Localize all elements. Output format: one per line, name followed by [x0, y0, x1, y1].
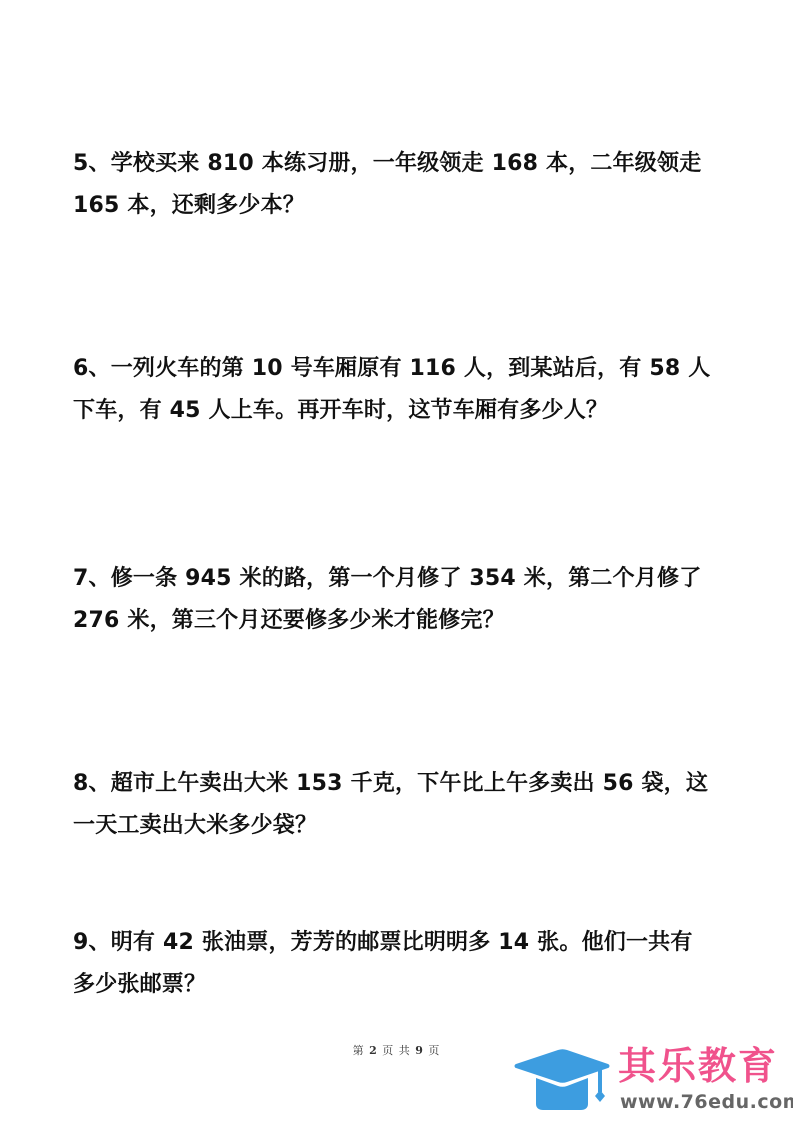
footer-suffix: 页 — [428, 1044, 440, 1057]
question-8-line-2: 一天工卖出大米多少袋？ — [73, 805, 723, 847]
brand-logo: 其乐教育 www.76edu.com — [510, 1040, 793, 1118]
document-page: 5、学校买来 810 本练习册，一年级领走 168 本，二年级领走 165 本，… — [0, 0, 793, 1122]
question-5-line-1: 5、学校买来 810 本练习册，一年级领走 168 本，二年级领走 — [73, 143, 723, 185]
footer-total-pages: 9 — [415, 1044, 424, 1057]
question-6: 6、一列火车的第 10 号车厢原有 116 人，到某站后，有 58 人 下车，有… — [73, 348, 723, 432]
footer-prefix: 第 — [353, 1044, 365, 1057]
question-9-line-1: 9、明有 42 张油票，芳芳的邮票比明明多 14 张。他们一共有 — [73, 922, 723, 964]
question-7: 7、修一条 945 米的路，第一个月修了 354 米，第二个月修了 276 米，… — [73, 558, 723, 642]
question-6-line-2: 下车，有 45 人上车。再开车时，这节车厢有多少人？ — [73, 390, 723, 432]
question-7-line-1: 7、修一条 945 米的路，第一个月修了 354 米，第二个月修了 — [73, 558, 723, 600]
question-7-line-2: 276 米，第三个月还要修多少米才能修完？ — [73, 600, 723, 642]
question-5-line-2: 165 本，还剩多少本？ — [73, 185, 723, 227]
footer-current-page: 2 — [369, 1044, 378, 1057]
brand-url: www.76edu.com — [620, 1091, 793, 1113]
question-5: 5、学校买来 810 本练习册，一年级领走 168 本，二年级领走 165 本，… — [73, 143, 723, 227]
graduation-cap-icon — [512, 1048, 614, 1114]
question-6-line-1: 6、一列火车的第 10 号车厢原有 116 人，到某站后，有 58 人 — [73, 348, 723, 390]
question-9-line-2: 多少张邮票？ — [73, 964, 723, 1006]
question-9: 9、明有 42 张油票，芳芳的邮票比明明多 14 张。他们一共有 多少张邮票？ — [73, 922, 723, 1006]
brand-title: 其乐教育 — [618, 1044, 778, 1088]
question-8: 8、超市上午卖出大米 153 千克，下午比上午多卖出 56 袋，这 一天工卖出大… — [73, 763, 723, 847]
question-8-line-1: 8、超市上午卖出大米 153 千克，下午比上午多卖出 56 袋，这 — [73, 763, 723, 805]
footer-middle: 页 共 — [382, 1044, 411, 1057]
